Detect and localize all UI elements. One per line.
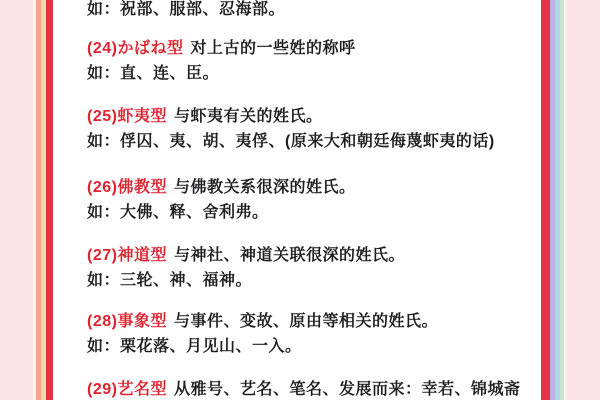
infographic-page: { "theme": { "bg_pink": "#fce2e8", "card… bbox=[0, 0, 600, 400]
right-stripe-pale bbox=[564, 0, 567, 400]
entry-description: 与事件、变故、原由等相关的姓氏。 bbox=[174, 313, 438, 330]
entry-description: 与虾夷有关的姓氏。 bbox=[174, 108, 323, 125]
content-card: 如：祝部、服部、忍海部。 (24)かばね型对上古的一些姓的称呼 如：直、连、臣。… bbox=[53, 0, 541, 400]
entry-type: 佛教型 bbox=[117, 179, 167, 196]
entry-example: 如：直、连、臣。 bbox=[87, 64, 557, 83]
surname-type-entry-24: (24)かばね型对上古的一些姓的称呼 如：直、连、臣。 bbox=[87, 39, 557, 83]
entry-number: (28) bbox=[87, 313, 117, 330]
surname-type-entry-26: (26)佛教型与佛教关系很深的姓氏。 如：大佛、释、舍利弗。 bbox=[87, 178, 557, 222]
entry-type: かばね型 bbox=[117, 40, 183, 57]
entry-number: (27) bbox=[87, 247, 117, 264]
entry-type: 事象型 bbox=[117, 313, 167, 330]
right-stripe-red bbox=[541, 0, 550, 400]
entry-type: 艺名型 bbox=[117, 381, 167, 398]
entry-description: 对上古的一些姓的称呼 bbox=[190, 40, 355, 57]
surname-type-entry-28: (28)事象型与事件、变故、原由等相关的姓氏。 如：栗花落、月见山、一入。 bbox=[87, 312, 557, 356]
entry-description: 与佛教关系很深的姓氏。 bbox=[174, 179, 356, 196]
entry-type: 虾夷型 bbox=[117, 108, 167, 125]
entry-heading: (27)神道型与神社、神道关联很深的姓氏。 bbox=[87, 246, 557, 265]
entry-description: 与神社、神道关联很深的姓氏。 bbox=[174, 247, 405, 264]
entry-example: 如：大佛、释、舍利弗。 bbox=[87, 203, 557, 222]
surname-type-entry-25: (25)虾夷型与虾夷有关的姓氏。 如：俘囚、夷、胡、夷俘、(原来大和朝廷侮蔑虾夷… bbox=[87, 107, 557, 151]
entry-number: (29) bbox=[87, 381, 117, 398]
entry-heading: (29)艺名型从雅号、艺名、笔名、发展而来：幸若、锦城斋 bbox=[87, 380, 557, 399]
entry-type: 神道型 bbox=[117, 247, 167, 264]
entry-number: (25) bbox=[87, 108, 117, 125]
entry-number: (24) bbox=[87, 40, 117, 57]
surname-type-entry-27: (27)神道型与神社、神道关联很深的姓氏。 如：三轮、神、福神。 bbox=[87, 246, 557, 290]
previous-entry-example: 如：祝部、服部、忍海部。 bbox=[87, 0, 557, 19]
entry-heading: (25)虾夷型与虾夷有关的姓氏。 bbox=[87, 107, 557, 126]
entry-example: 如：俘囚、夷、胡、夷俘、(原来大和朝廷侮蔑虾夷的话) bbox=[87, 132, 557, 151]
entry-description: 从雅号、艺名、笔名、发展而来：幸若、锦城斋 bbox=[174, 381, 521, 398]
entry-heading: (26)佛教型与佛教关系很深的姓氏。 bbox=[87, 178, 557, 197]
surname-type-entry-29: (29)艺名型从雅号、艺名、笔名、发展而来：幸若、锦城斋 bbox=[87, 380, 557, 399]
left-stripe-red bbox=[46, 0, 53, 400]
entry-example: 如：三轮、神、福神。 bbox=[87, 271, 557, 290]
entry-heading: (24)かばね型对上古的一些姓的称呼 bbox=[87, 39, 557, 58]
entry-example: 如：祝部、服部、忍海部。 bbox=[87, 0, 557, 19]
entry-example: 如：栗花落、月见山、一入。 bbox=[87, 337, 557, 356]
entry-heading: (28)事象型与事件、变故、原由等相关的姓氏。 bbox=[87, 312, 557, 331]
entry-number: (26) bbox=[87, 179, 117, 196]
